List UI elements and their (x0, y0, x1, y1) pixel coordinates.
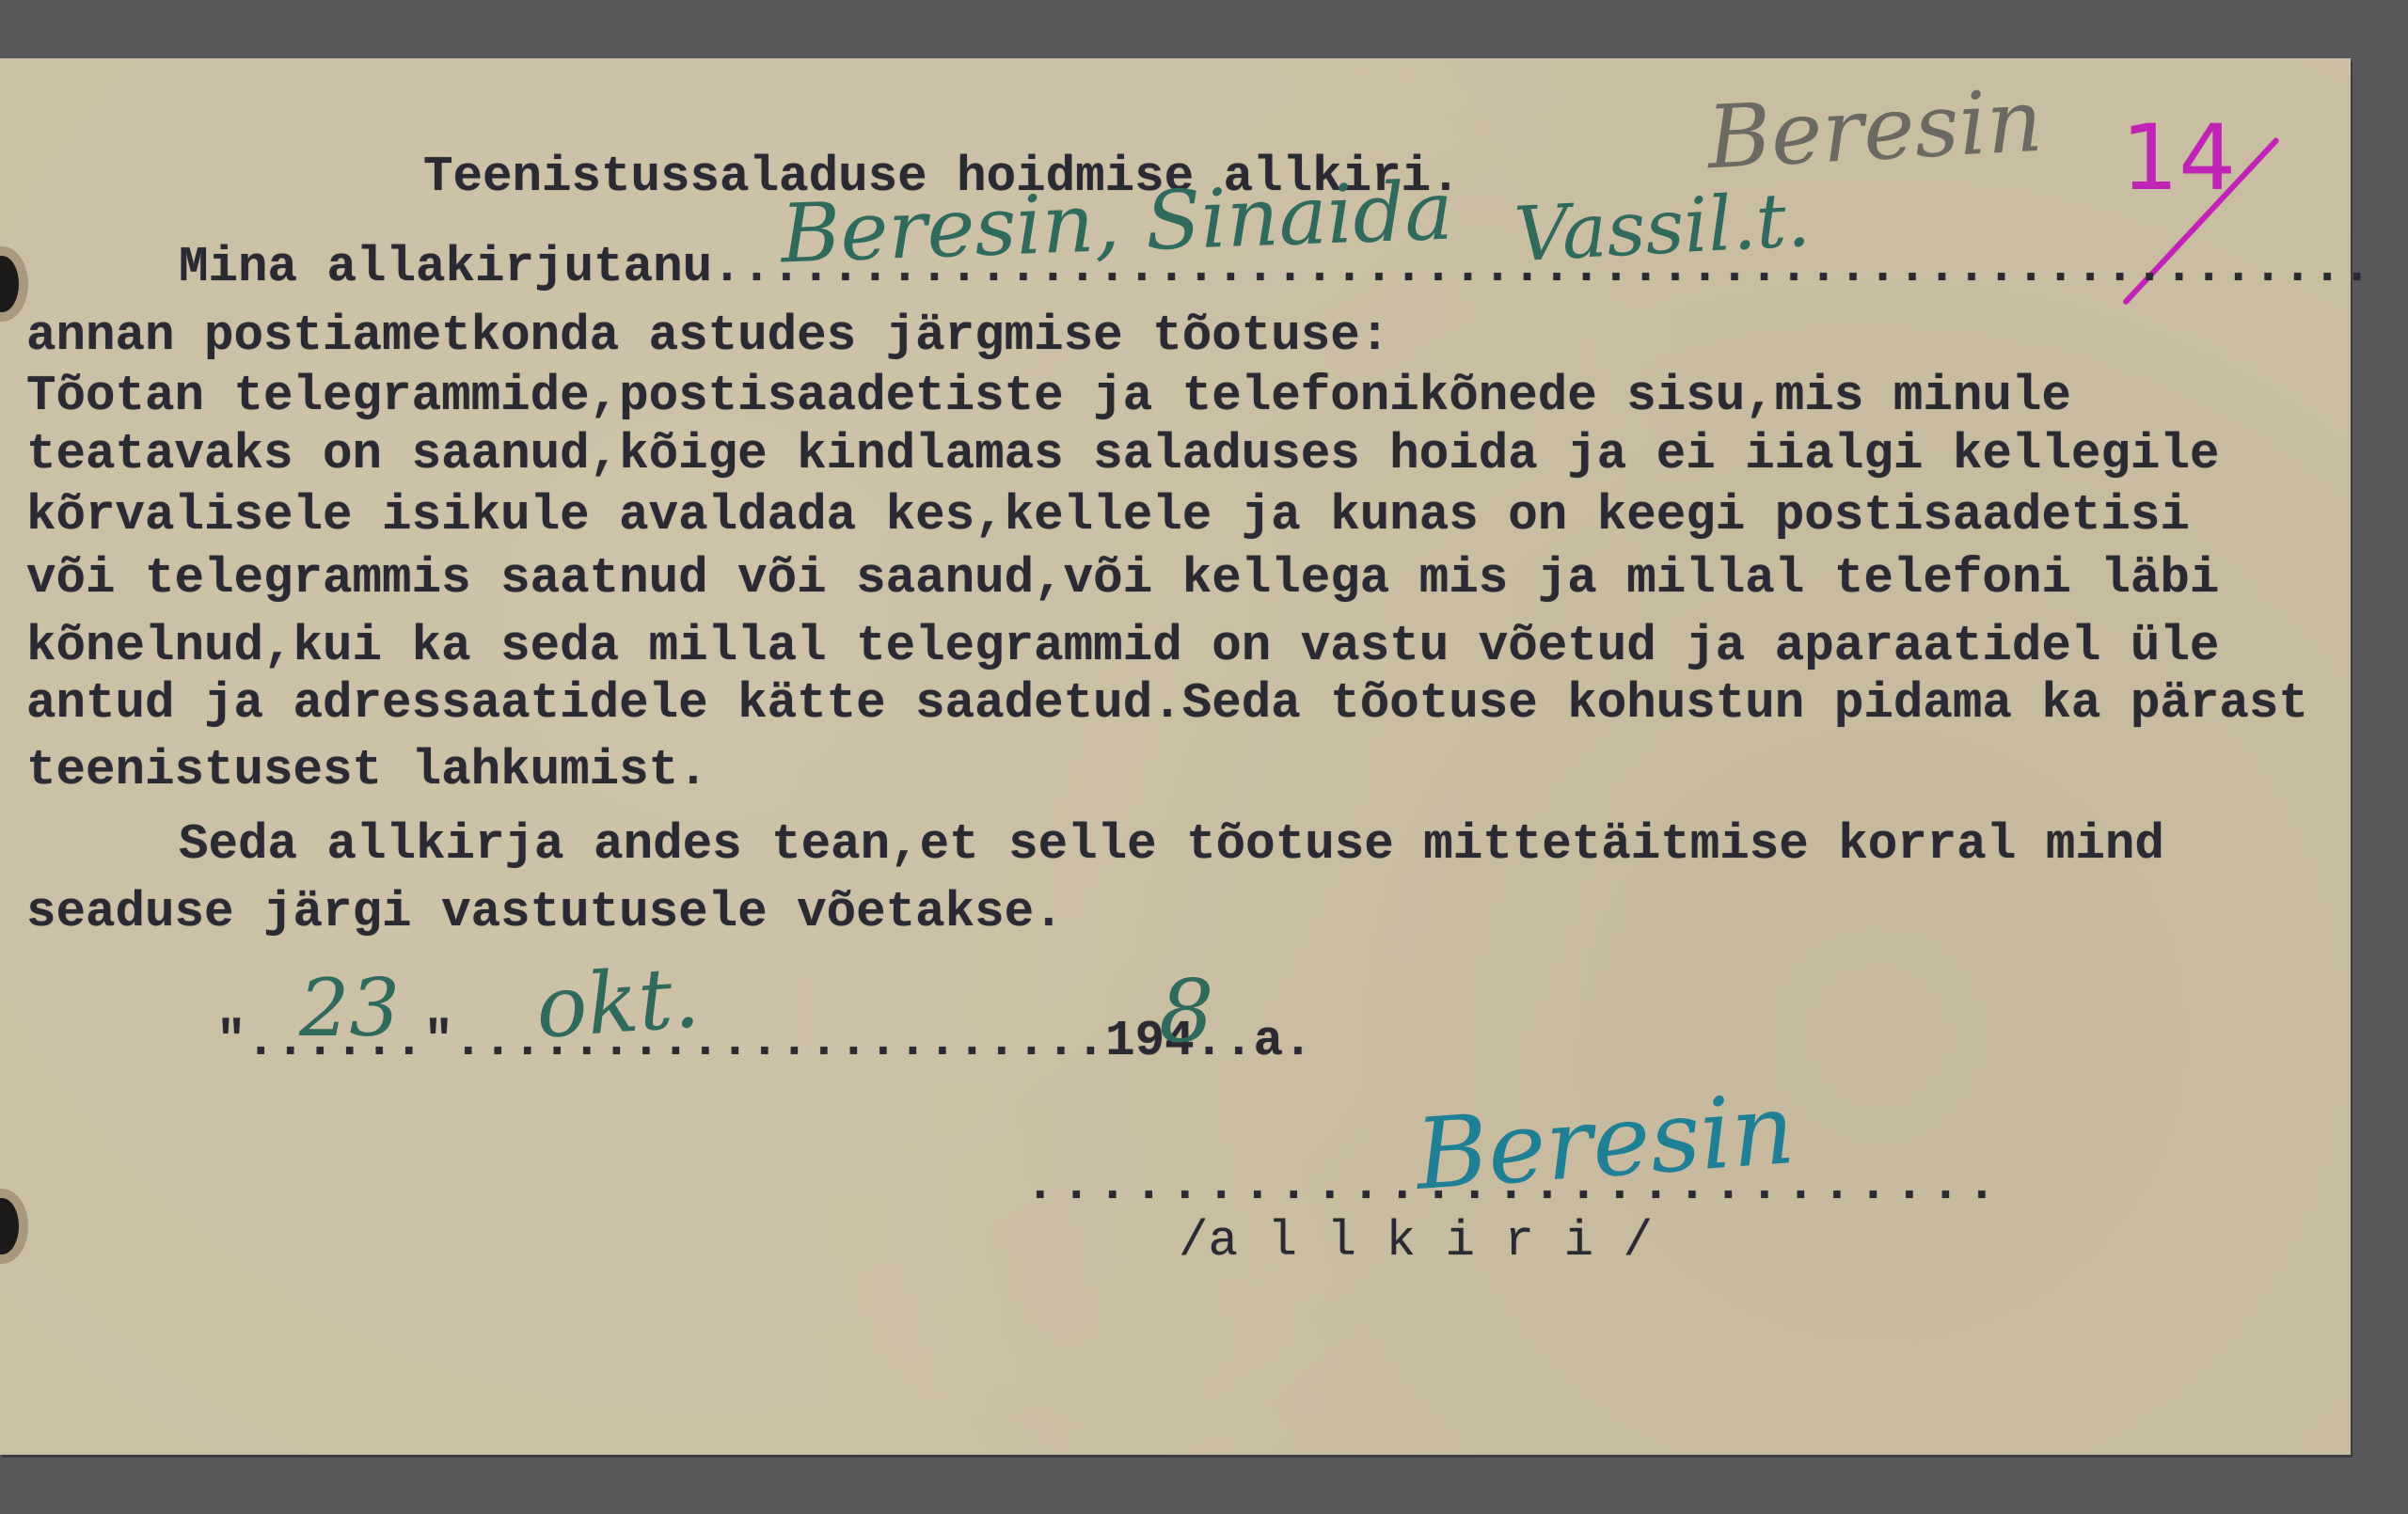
body-line: teatavaks on saanud,kõige kindlamas sala… (26, 430, 2219, 480)
binder-hole-bottom (0, 1198, 19, 1254)
handwritten-patronymic: Vassil.t. (1513, 182, 1812, 273)
pledge-intro-line: annan postiametkonda astudes järgmise tõ… (26, 311, 1389, 361)
body-line: Tõotan telegrammide,postisaadetiste ja t… (26, 371, 2071, 421)
closing-line: seaduse järgi vastutusele võetakse. (26, 888, 1064, 938)
body-line: antud ja adressaatidele kätte saadetud.S… (26, 679, 2308, 729)
folio-number: 14 (2121, 113, 2236, 203)
signature-dotted-line: ........................... (1025, 1160, 2004, 1210)
pencil-name-annotation: Beresin (1705, 78, 2045, 182)
closing-line: Seda allkirja andes tean,et selle tõotus… (179, 820, 2164, 870)
handwritten-name: Beresin, Sinaida (780, 171, 1454, 276)
handwritten-month: okt. (533, 955, 702, 1051)
document-paper: Beresin 14 Teenistussaladuse hoidmise al… (0, 58, 2351, 1455)
handwritten-year-digit: 8 (1159, 969, 1214, 1055)
body-line: või telegrammis saatnud või saanud,või k… (26, 554, 2219, 604)
body-line: teenistusest lahkumist. (26, 746, 708, 796)
handwritten-day: 23 (299, 969, 400, 1048)
body-line: kõrvalisele isikule avaldada kes,kellele… (26, 491, 2190, 541)
signature-label: /a l l k i r i / (1179, 1217, 1653, 1267)
binder-hole-top (0, 256, 19, 312)
body-line: kõnelnud,kui ka seda millal telegrammid … (26, 622, 2219, 671)
